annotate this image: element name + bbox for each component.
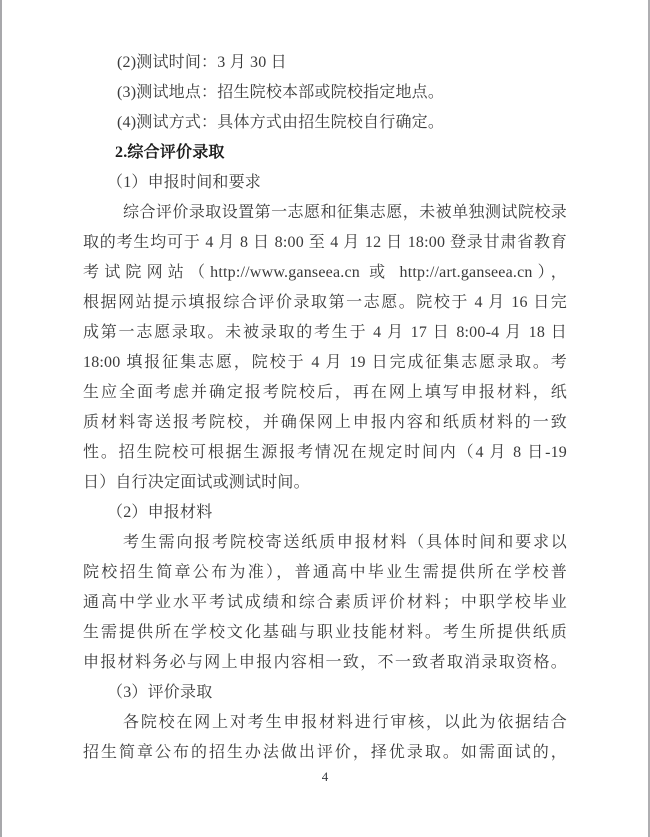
text-line: (2)测试时间：3 月 30 日	[83, 48, 567, 78]
text-line: 性。招生院校可根据生源报考情况在规定时间内（4 月 8 日-19	[83, 438, 567, 468]
text-line: 各院校在网上对考生申报材料进行审核，以此为依据结合	[83, 708, 567, 738]
text-line: （3）评价录取	[83, 678, 567, 708]
text-line: 考生需向报考院校寄送纸质申报材料（具体时间和要求以	[83, 528, 567, 558]
text-line: 生应全面考虑并确定报考院校后，再在网上填写申报材料，纸	[83, 378, 567, 408]
text-line: 考试院网站（http://www.ganseea.cn 或 http://art…	[83, 258, 567, 288]
text-line: (3)测试地点：招生院校本部或院校指定地点。	[83, 78, 567, 108]
text-line: 成第一志愿录取。未被录取的考生于 4 月 17 日 8:00-4 月 18 日	[83, 318, 567, 348]
text-line: （1）申报时间和要求	[83, 168, 567, 198]
page-body-text: (2)测试时间：3 月 30 日(3)测试地点：招生院校本部或院校指定地点。(4…	[83, 48, 567, 768]
text-line: 2.综合评价录取	[83, 138, 567, 168]
text-line: 招生简章公布的招生办法做出评价，择优录取。如需面试的，	[83, 738, 567, 768]
text-line: 院校招生简章公布为准），普通高中毕业生需提供所在学校普	[83, 558, 567, 588]
text-line: (4)测试方式：具体方式由招生院校自行确定。	[83, 108, 567, 138]
text-line: 生需提供所在学校文化基础与职业技能材料。考生所提供纸质	[83, 618, 567, 648]
document-page: (2)测试时间：3 月 30 日(3)测试地点：招生院校本部或院校指定地点。(4…	[0, 0, 650, 837]
text-line: 通高中学业水平考试成绩和综合素质评价材料；中职学校毕业	[83, 588, 567, 618]
text-line: 质材料寄送报考院校，并确保网上申报内容和纸质材料的一致	[83, 408, 567, 438]
page-number: 4	[2, 769, 648, 785]
text-line: 综合评价录取设置第一志愿和征集志愿，未被单独测试院校录	[83, 198, 567, 228]
text-line: 取的考生均可于 4 月 8 日 8:00 至 4 月 12 日 18:00 登录…	[83, 228, 567, 258]
text-line: 18:00 填报征集志愿，院校于 4 月 19 日完成征集志愿录取。考	[83, 348, 567, 378]
text-line: 申报材料务必与网上申报内容相一致，不一致者取消录取资格。	[83, 648, 567, 678]
text-line: 日）自行决定面试或测试时间。	[83, 468, 567, 498]
text-line: 根据网站提示填报综合评价录取第一志愿。院校于 4 月 16 日完	[83, 288, 567, 318]
text-line: （2）申报材料	[83, 498, 567, 528]
